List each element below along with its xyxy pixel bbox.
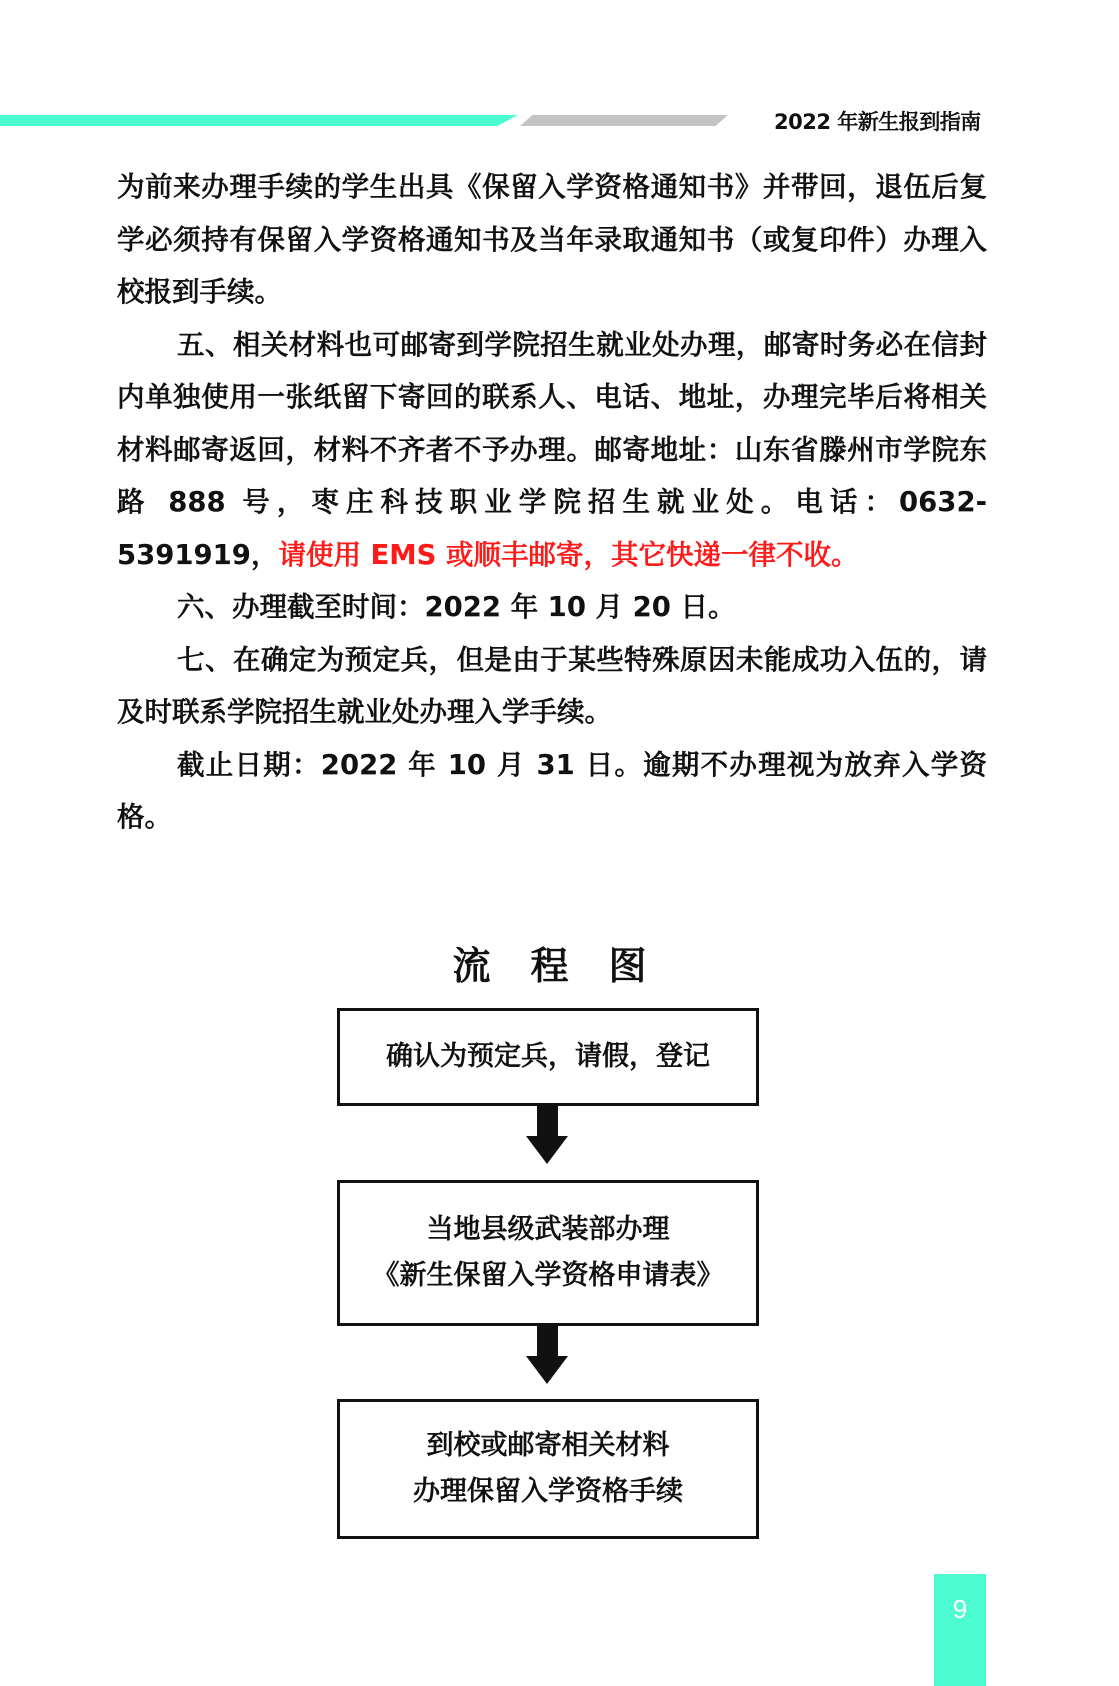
flow-step-1-line-1: 确认为预定兵，请假，登记 <box>386 1034 710 1080</box>
flow-step-3-line-1: 到校或邮寄相关材料 <box>427 1423 670 1469</box>
paragraph-5-warning: 请使用 EMS 或顺丰邮寄，其它快递一律不收。 <box>278 539 858 571</box>
flow-step-3-line-2: 办理保留入学资格手续 <box>413 1469 683 1515</box>
header-accent-bar <box>0 115 518 126</box>
flow-step-1: 确认为预定兵，请假，登记 <box>337 1008 759 1106</box>
flow-step-2-line-1: 当地县级武装部办理 <box>427 1207 670 1253</box>
down-arrow-icon <box>526 1326 568 1384</box>
flow-step-2: 当地县级武装部办理 《新生保留入学资格申请表》 <box>337 1180 759 1326</box>
running-header-title: 2022 年新生报到指南 <box>774 106 981 136</box>
flowchart-title: 流程图 <box>0 935 1119 990</box>
paragraph-5-lead: 五、相关材料也可邮寄到学院招生就业处办理， <box>177 329 764 361</box>
header-secondary-bar <box>520 115 728 126</box>
flow-step-2-line-2: 《新生保留入学资格申请表》 <box>373 1253 724 1299</box>
paragraph-6: 六、办理截至时间：2022 年 10 月 20 日。 <box>117 581 987 634</box>
down-arrow-icon <box>526 1106 568 1164</box>
body-text: 为前来办理手续的学生出具《保留入学资格通知书》并带回，退伍后复学必须持有保留入学… <box>117 161 987 844</box>
paragraph-continued: 为前来办理手续的学生出具《保留入学资格通知书》并带回，退伍后复学必须持有保留入学… <box>117 161 987 319</box>
paragraph-5: 五、相关材料也可邮寄到学院招生就业处办理，邮寄时务必在信封内单独使用一张纸留下寄… <box>117 319 987 582</box>
paragraph-7: 七、在确定为预定兵，但是由于某些特殊原因未能成功入伍的，请及时联系学院招生就业处… <box>117 634 987 739</box>
page-number: 9 <box>934 1574 986 1686</box>
flow-step-3: 到校或邮寄相关材料 办理保留入学资格手续 <box>337 1399 759 1539</box>
deadline-paragraph: 截止日期：2022 年 10 月 31 日。逾期不办理视为放弃入学资格。 <box>117 739 987 844</box>
